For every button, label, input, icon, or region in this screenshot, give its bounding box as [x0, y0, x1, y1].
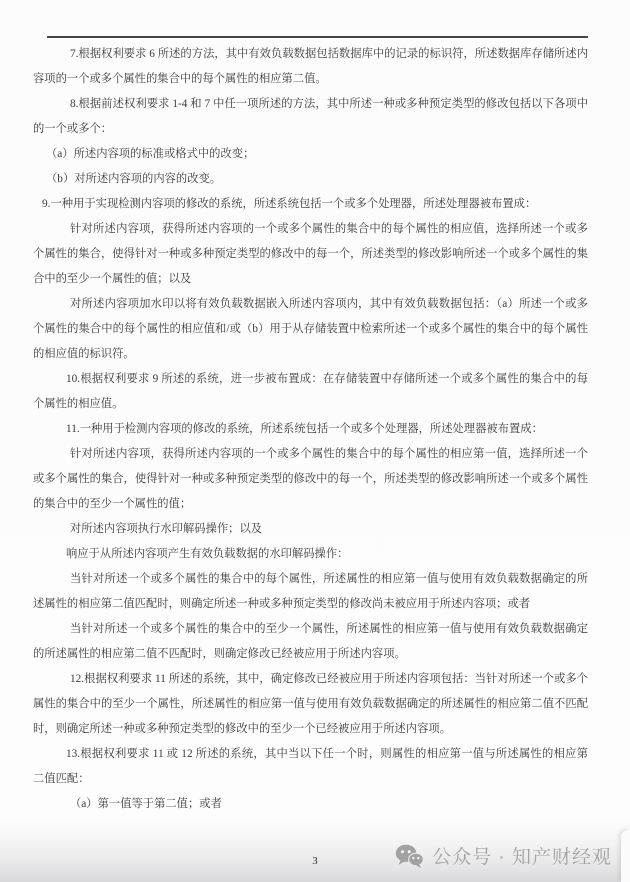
watermark-label: 公众号 · 知产财经观 — [432, 842, 612, 869]
wechat-watermark: 公众号 · 知产财经观 — [395, 842, 612, 869]
claim-paragraph: 13.根据权利要求 11 或 12 所述的系统，其中当以下任一个时，则属性的相应… — [33, 742, 588, 792]
header-divider — [47, 36, 588, 38]
claim-subitem: （a）所述内容项的标准或格式中的改变； — [33, 142, 588, 167]
claim-paragraph: 当针对所述一个或多个属性的集合中的至少一个属性，所述属性的相应第一值与使用有效负… — [33, 617, 588, 667]
claim-paragraph: 响应于从所述内容项产生有效负载数据的水印解码操作： — [33, 542, 588, 567]
claim-paragraph: 11.一种用于检测内容项的修改的系统，所述系统包括一个或多个处理器，所述处理器被… — [33, 417, 588, 442]
claim-paragraph: 10.根据权利要求 9 所述的系统，进一步被布置成：在存储装置中存储所述一个或多… — [33, 367, 588, 417]
claim-subitem: （a）第一值等于第二值；或者 — [33, 792, 588, 817]
claim-paragraph: 9.一种用于实现检测内容项的修改的系统，所述系统包括一个或多个处理器，所述处理器… — [33, 192, 588, 217]
claim-paragraph: 8.根据前述权利要求 1-4 和 7 中任一项所述的方法，其中所述一种或多种预定… — [33, 92, 588, 142]
claim-paragraph: 当针对所述一个或多个属性的集合中的每个属性，所述属性的相应第一值与使用有效负载数… — [33, 567, 588, 617]
claim-subitem: （b）对所述内容项的内容的改变。 — [33, 167, 588, 192]
claim-paragraph: 针对所述内容项，获得所述内容项的一个或多个属性的集合中的每个属性的相应第一值，选… — [33, 442, 588, 517]
claim-paragraph: 对所述内容项执行水印解码操作；以及 — [33, 517, 588, 542]
document-page: 7.根据权利要求 6 所述的方法，其中有效负载数据包括数据库中的记录的标识符，所… — [0, 0, 630, 882]
claim-paragraph: 对所述内容项加水印以将有效负载数据嵌入所述内容项内，其中有效负载数据包括：（a）… — [33, 292, 588, 367]
claim-paragraph: 针对所述内容项，获得所述内容项的一个或多个属性的集合中的每个属性的相应值，选择所… — [33, 217, 588, 292]
claim-paragraph: 7.根据权利要求 6 所述的方法，其中有效负载数据包括数据库中的记录的标识符，所… — [33, 42, 588, 92]
wechat-icon — [395, 844, 424, 868]
claim-paragraph: 12.根据权利要求 11 所述的系统，其中，确定修改已经被应用于所述内容项包括：… — [33, 667, 588, 742]
claims-text-body: 7.根据权利要求 6 所述的方法，其中有效负载数据包括数据库中的记录的标识符，所… — [33, 42, 588, 817]
page-edge-curl — [621, 830, 630, 882]
